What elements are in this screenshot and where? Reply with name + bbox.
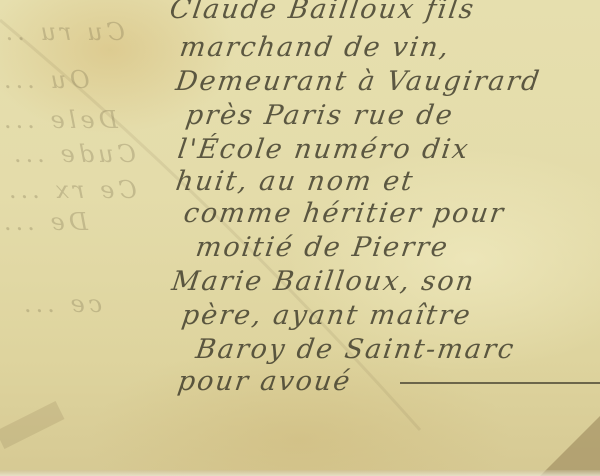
text-line: près Paris rue de [184,100,456,131]
page-edge [0,470,600,476]
text-line: pour avoué [176,366,354,397]
text-line: moitié de Pierre [194,232,451,263]
closing-rule [400,382,600,384]
text-line: comme héritier pour [182,198,507,229]
folded-corner [540,416,600,476]
text-line: l'École numéro dix [176,134,472,165]
text-line: Baroy de Saint-marc [194,334,517,365]
manuscript-page: Cu ru ... Ou ... Dele ... Cude ... Ce rx… [0,0,600,476]
text-line: Marie Bailloux, son [170,266,478,297]
text-line: père, ayant maître [180,300,474,331]
text-line: marchand de vin, [178,32,453,63]
handwritten-text: Claude Bailloux fils marchand de vin, De… [0,0,600,476]
text-line: Demeurant à Vaugirard [174,66,543,97]
text-line: huit, au nom et [174,166,417,197]
text-line: Claude Bailloux fils [168,0,477,25]
